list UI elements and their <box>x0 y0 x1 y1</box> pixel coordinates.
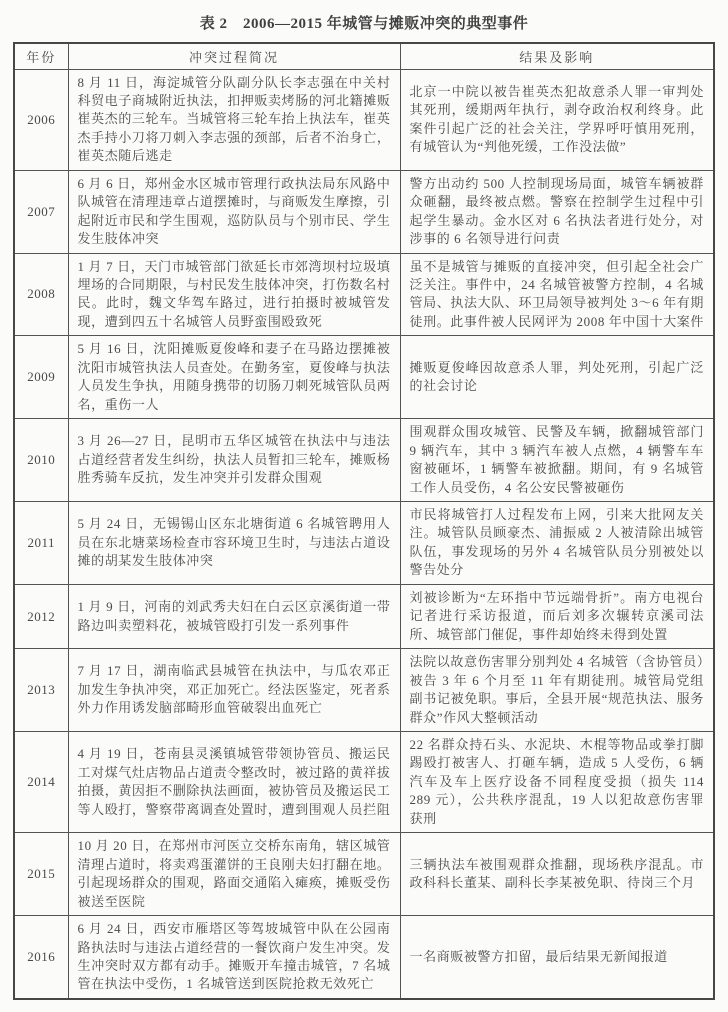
process-cell: 1 月 9 日，河南的刘武秀夫妇在白云区京溪街道一带路边叫卖塑料花，被城管殴打引… <box>68 584 400 648</box>
year-cell: 2008 <box>14 253 68 336</box>
col-header-year: 年份 <box>14 43 68 69</box>
process-cell: 6 月 24 日，西安市雁塔区等驾坡城管中队在公园南路执法时与违法占道经营的一餐… <box>68 916 400 999</box>
year-cell: 2012 <box>14 584 68 648</box>
table-row-2012: 2012 1 月 9 日，河南的刘武秀夫妇在白云区京溪街道一带路边叫卖塑料花，被… <box>14 584 714 648</box>
year-cell: 2006 <box>14 69 68 170</box>
process-cell: 4 月 19 日，苍南县灵溪镇城管带领协管员、搬运民工对煤气灶店物品占道责令整改… <box>68 732 400 833</box>
process-cell: 5 月 16 日，沈阳摊贩夏俊峰和妻子在马路边摆摊被沈阳市城管执法人员查处。在勤… <box>68 336 400 419</box>
result-cell: 摊贩夏俊峰因故意杀人罪，判处死刑，引起广泛的社会讨论 <box>400 336 714 419</box>
table-row-2011: 2011 5 月 24 日，无锡锡山区东北塘街道 6 名城管聘用人员在东北塘菜场… <box>14 502 714 585</box>
year-cell: 2014 <box>14 732 68 833</box>
table-row-2010: 2010 3 月 26—27 日，昆明市五华区城管在执法中与违法占道经营者发生纠… <box>14 419 714 502</box>
process-cell: 7 月 17 日，湖南临武县城管在执法中，与瓜农邓正加发生争执冲突，邓正加死亡。… <box>68 649 400 732</box>
conflict-events-table: 年份 冲突过程简况 结果及影响 2006 8 月 11 日，海淀城管分队副分队长… <box>13 42 715 1000</box>
table-row-2013: 2013 7 月 17 日，湖南临武县城管在执法中，与瓜农邓正加发生争执冲突，邓… <box>14 649 714 732</box>
result-cell: 刘被诊断为“左环指中节远端骨折”。南方电视台记者进行采访报道，而后刘多次辗转京溪… <box>400 584 714 648</box>
result-cell: 22 名群众持石头、水泥块、木棍等物品或拳打脚踢殴打被害人、打砸车辆，造成 5 … <box>400 732 714 833</box>
year-cell: 2007 <box>14 170 68 253</box>
result-cell: 警方出动约 500 人控制现场局面，城管车辆被群众砸翻，最终被点燃。警察在控制学… <box>400 170 714 253</box>
table-row-2006: 2006 8 月 11 日，海淀城管分队副分队长李志强在中关村科贸电子商城附近执… <box>14 69 714 170</box>
year-cell: 2009 <box>14 336 68 419</box>
year-cell: 2013 <box>14 649 68 732</box>
process-cell: 1 月 7 日，天门市城管部门欲延长市郊湾坝村垃圾填埋场的合同期限，与村民发生肢… <box>68 253 400 336</box>
table-row-2014: 2014 4 月 19 日，苍南县灵溪镇城管带领协管员、搬运民工对煤气灶店物品占… <box>14 732 714 833</box>
year-cell: 2010 <box>14 419 68 502</box>
scanned-paper-page: 表 2 2006—2015 年城管与摊贩冲突的典型事件 年份 冲突过程简况 结果… <box>0 0 728 1012</box>
process-cell: 3 月 26—27 日，昆明市五华区城管在执法中与违法占道经营者发生纠纷，执法人… <box>68 419 400 502</box>
process-cell: 5 月 24 日，无锡锡山区东北塘街道 6 名城管聘用人员在东北塘菜场检查市容环… <box>68 502 400 585</box>
process-cell: 8 月 11 日，海淀城管分队副分队长李志强在中关村科贸电子商城附近执法，扣押贩… <box>68 69 400 170</box>
result-cell: 虽不是城管与摊贩的直接冲突，但引起全社会广泛关注。事件中，24 名城管被警方控制… <box>400 253 714 336</box>
result-cell: 市民将城管打人过程发布上网，引来大批网友关注。城管队员顾豪杰、浦振威 2 人被清… <box>400 502 714 585</box>
result-cell: 北京一中院以被告崔英杰犯故意杀人罪一审判处其死刑，缓期两年执行，剥夺政治权利终身… <box>400 69 714 170</box>
result-cell: 三辆执法车被围观群众推翻，现场秩序混乱。市政科科长董某、副科长李某被免职、待岗三… <box>400 833 714 916</box>
header-row: 年份 冲突过程简况 结果及影响 <box>14 43 714 69</box>
result-cell: 一名商贩被警方扣留，最后结果无新闻报道 <box>400 916 714 999</box>
table-row-2016: 2016 6 月 24 日，西安市雁塔区等驾坡城管中队在公园南路执法时与违法占道… <box>14 916 714 999</box>
process-cell: 6 月 6 日，郑州金水区城市管理行政执法局东风路中队城管在清理违章占道摆摊时，… <box>68 170 400 253</box>
table-row-2009: 2009 5 月 16 日，沈阳摊贩夏俊峰和妻子在马路边摆摊被沈阳市城管执法人员… <box>14 336 714 419</box>
table-caption: 表 2 2006—2015 年城管与摊贩冲突的典型事件 <box>0 0 728 33</box>
year-cell: 2015 <box>14 833 68 916</box>
table-row-2008: 2008 1 月 7 日，天门市城管部门欲延长市郊湾坝村垃圾填埋场的合同期限，与… <box>14 253 714 336</box>
table-row-2007: 2007 6 月 6 日，郑州金水区城市管理行政执法局东风路中队城管在清理违章占… <box>14 170 714 253</box>
result-cell: 法院以故意伤害罪分别判处 4 名城管（含协管员）被告 3 年 6 个月至 11 … <box>400 649 714 732</box>
result-cell: 围观群众围攻城管、民警及车辆，掀翻城管部门 9 辆汽车，其中 3 辆汽车被人点燃… <box>400 419 714 502</box>
table-row-2015: 2015 10 月 20 日，在郑州市河医立交桥东南角，辖区城管清理占道时，将卖… <box>14 833 714 916</box>
process-cell: 10 月 20 日，在郑州市河医立交桥东南角，辖区城管清理占道时，将卖鸡蛋灌饼的… <box>68 833 400 916</box>
col-header-process: 冲突过程简况 <box>68 43 400 69</box>
col-header-result: 结果及影响 <box>400 43 714 69</box>
year-cell: 2016 <box>14 916 68 999</box>
year-cell: 2011 <box>14 502 68 585</box>
